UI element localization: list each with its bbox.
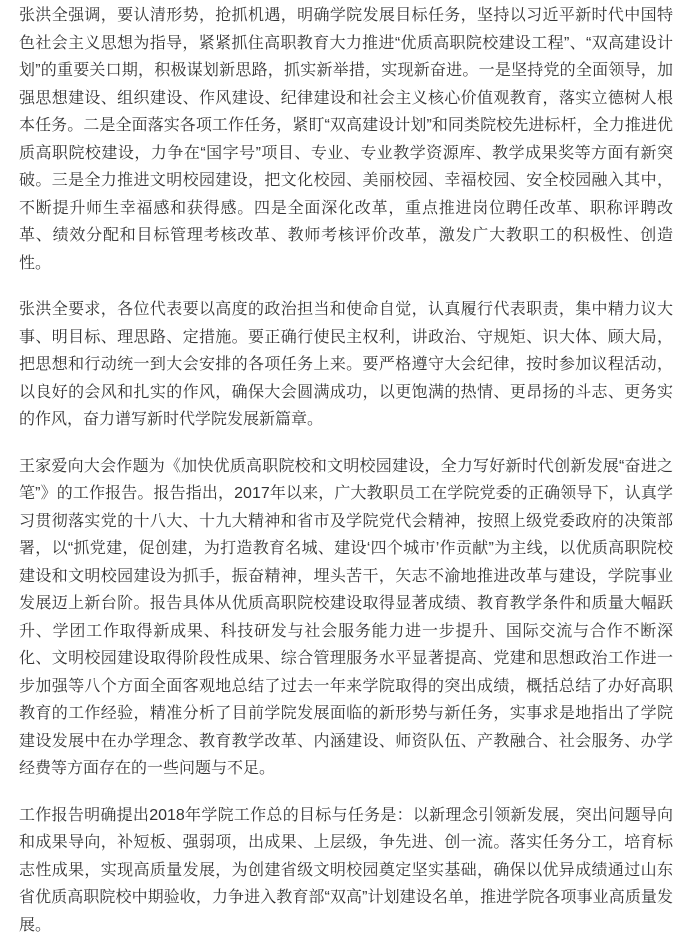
article-page: 张洪全强调，要认清形势，抢抓机遇，明确学院发展目标任务，坚持以习近平新时代中国特… <box>0 0 684 947</box>
paragraph-1: 张洪全强调，要认清形势，抢抓机遇，明确学院发展目标任务，坚持以习近平新时代中国特… <box>19 2 673 277</box>
paragraph-4: 工作报告明确提出2018年学院工作总的目标与任务是：以新理念引领新发展，突出问题… <box>19 802 673 940</box>
article-body: 张洪全强调，要认清形势，抢抓机遇，明确学院发展目标任务，坚持以习近平新时代中国特… <box>0 0 684 947</box>
paragraph-2: 张洪全要求，各位代表要以高度的政治担当和使命自觉，认真履行代表职责，集中精力议大… <box>19 296 673 434</box>
paragraph-3: 王家爱向大会作题为《加快优质高职院校和文明校园建设，全力写好新时代创新发展“奋进… <box>19 453 673 783</box>
